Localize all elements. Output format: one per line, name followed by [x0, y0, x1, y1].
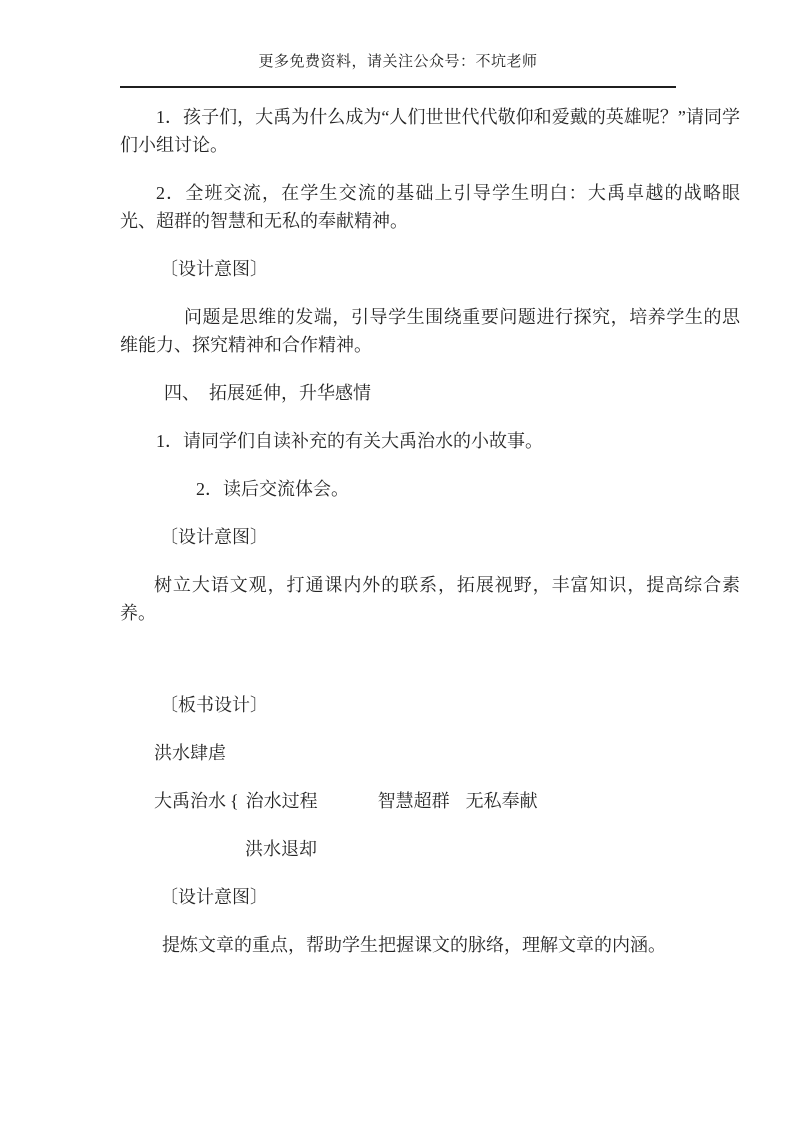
design-intent-label-3: 〔设计意图〕: [120, 883, 740, 911]
board-stage2: 洪水退却: [120, 835, 740, 863]
board-main-line: 大禹治水{治水过程智慧超群无私奉献: [120, 787, 740, 815]
board-stage1: 洪水肆虐: [120, 739, 740, 767]
board-item-dedication: 无私奉献: [466, 791, 538, 811]
header-notice: 更多免费资料，请关注公众号：不坑老师: [120, 50, 676, 74]
design-intent-label-1: 〔设计意图〕: [120, 255, 740, 283]
board-subject: 大禹治水: [154, 791, 226, 811]
board-design-label: 〔板书设计〕: [120, 691, 740, 719]
board-brace: {: [230, 791, 239, 811]
design-intent-text-3: 提炼文章的重点，帮助学生把握课文的脉络，理解文章的内涵。: [120, 931, 740, 959]
design-intent-text-2: 树立大语文观，打通课内外的联系，拓展视野，丰富知识，提高综合素养。: [120, 571, 740, 627]
board-item-wisdom: 智慧超群: [378, 791, 450, 811]
document-body: 1．孩子们，大禹为什么成为“人们世世代代敬仰和爱戴的英雄呢？”请同学们小组讨论。…: [120, 103, 740, 959]
design-intent-text-1: 问题是思维的发端，引导学生围绕重要问题进行探究，培养学生的思维能力、探究精神和合…: [120, 303, 740, 359]
paragraph-discussion-item1: 1．孩子们，大禹为什么成为“人们世世代代敬仰和爱戴的英雄呢？”请同学们小组讨论。: [120, 103, 740, 159]
paragraph-discussion-item2: 2．全班交流，在学生交流的基础上引导学生明白：大禹卓越的战略眼光、超群的智慧和无…: [120, 179, 740, 235]
paragraph-extension-item2: 2．读后交流体会。: [120, 475, 740, 503]
paragraph-extension-item1: 1．请同学们自读补充的有关大禹治水的小故事。: [120, 427, 740, 455]
section-heading-four: 四、 拓展延伸，升华感情: [120, 379, 740, 407]
page-header: 更多免费资料，请关注公众号：不坑老师: [120, 0, 676, 88]
document-page: 更多免费资料，请关注公众号：不坑老师 1．孩子们，大禹为什么成为“人们世世代代敬…: [0, 0, 793, 1122]
design-intent-label-2: 〔设计意图〕: [120, 523, 740, 551]
board-item-process: 治水过程: [246, 791, 318, 811]
